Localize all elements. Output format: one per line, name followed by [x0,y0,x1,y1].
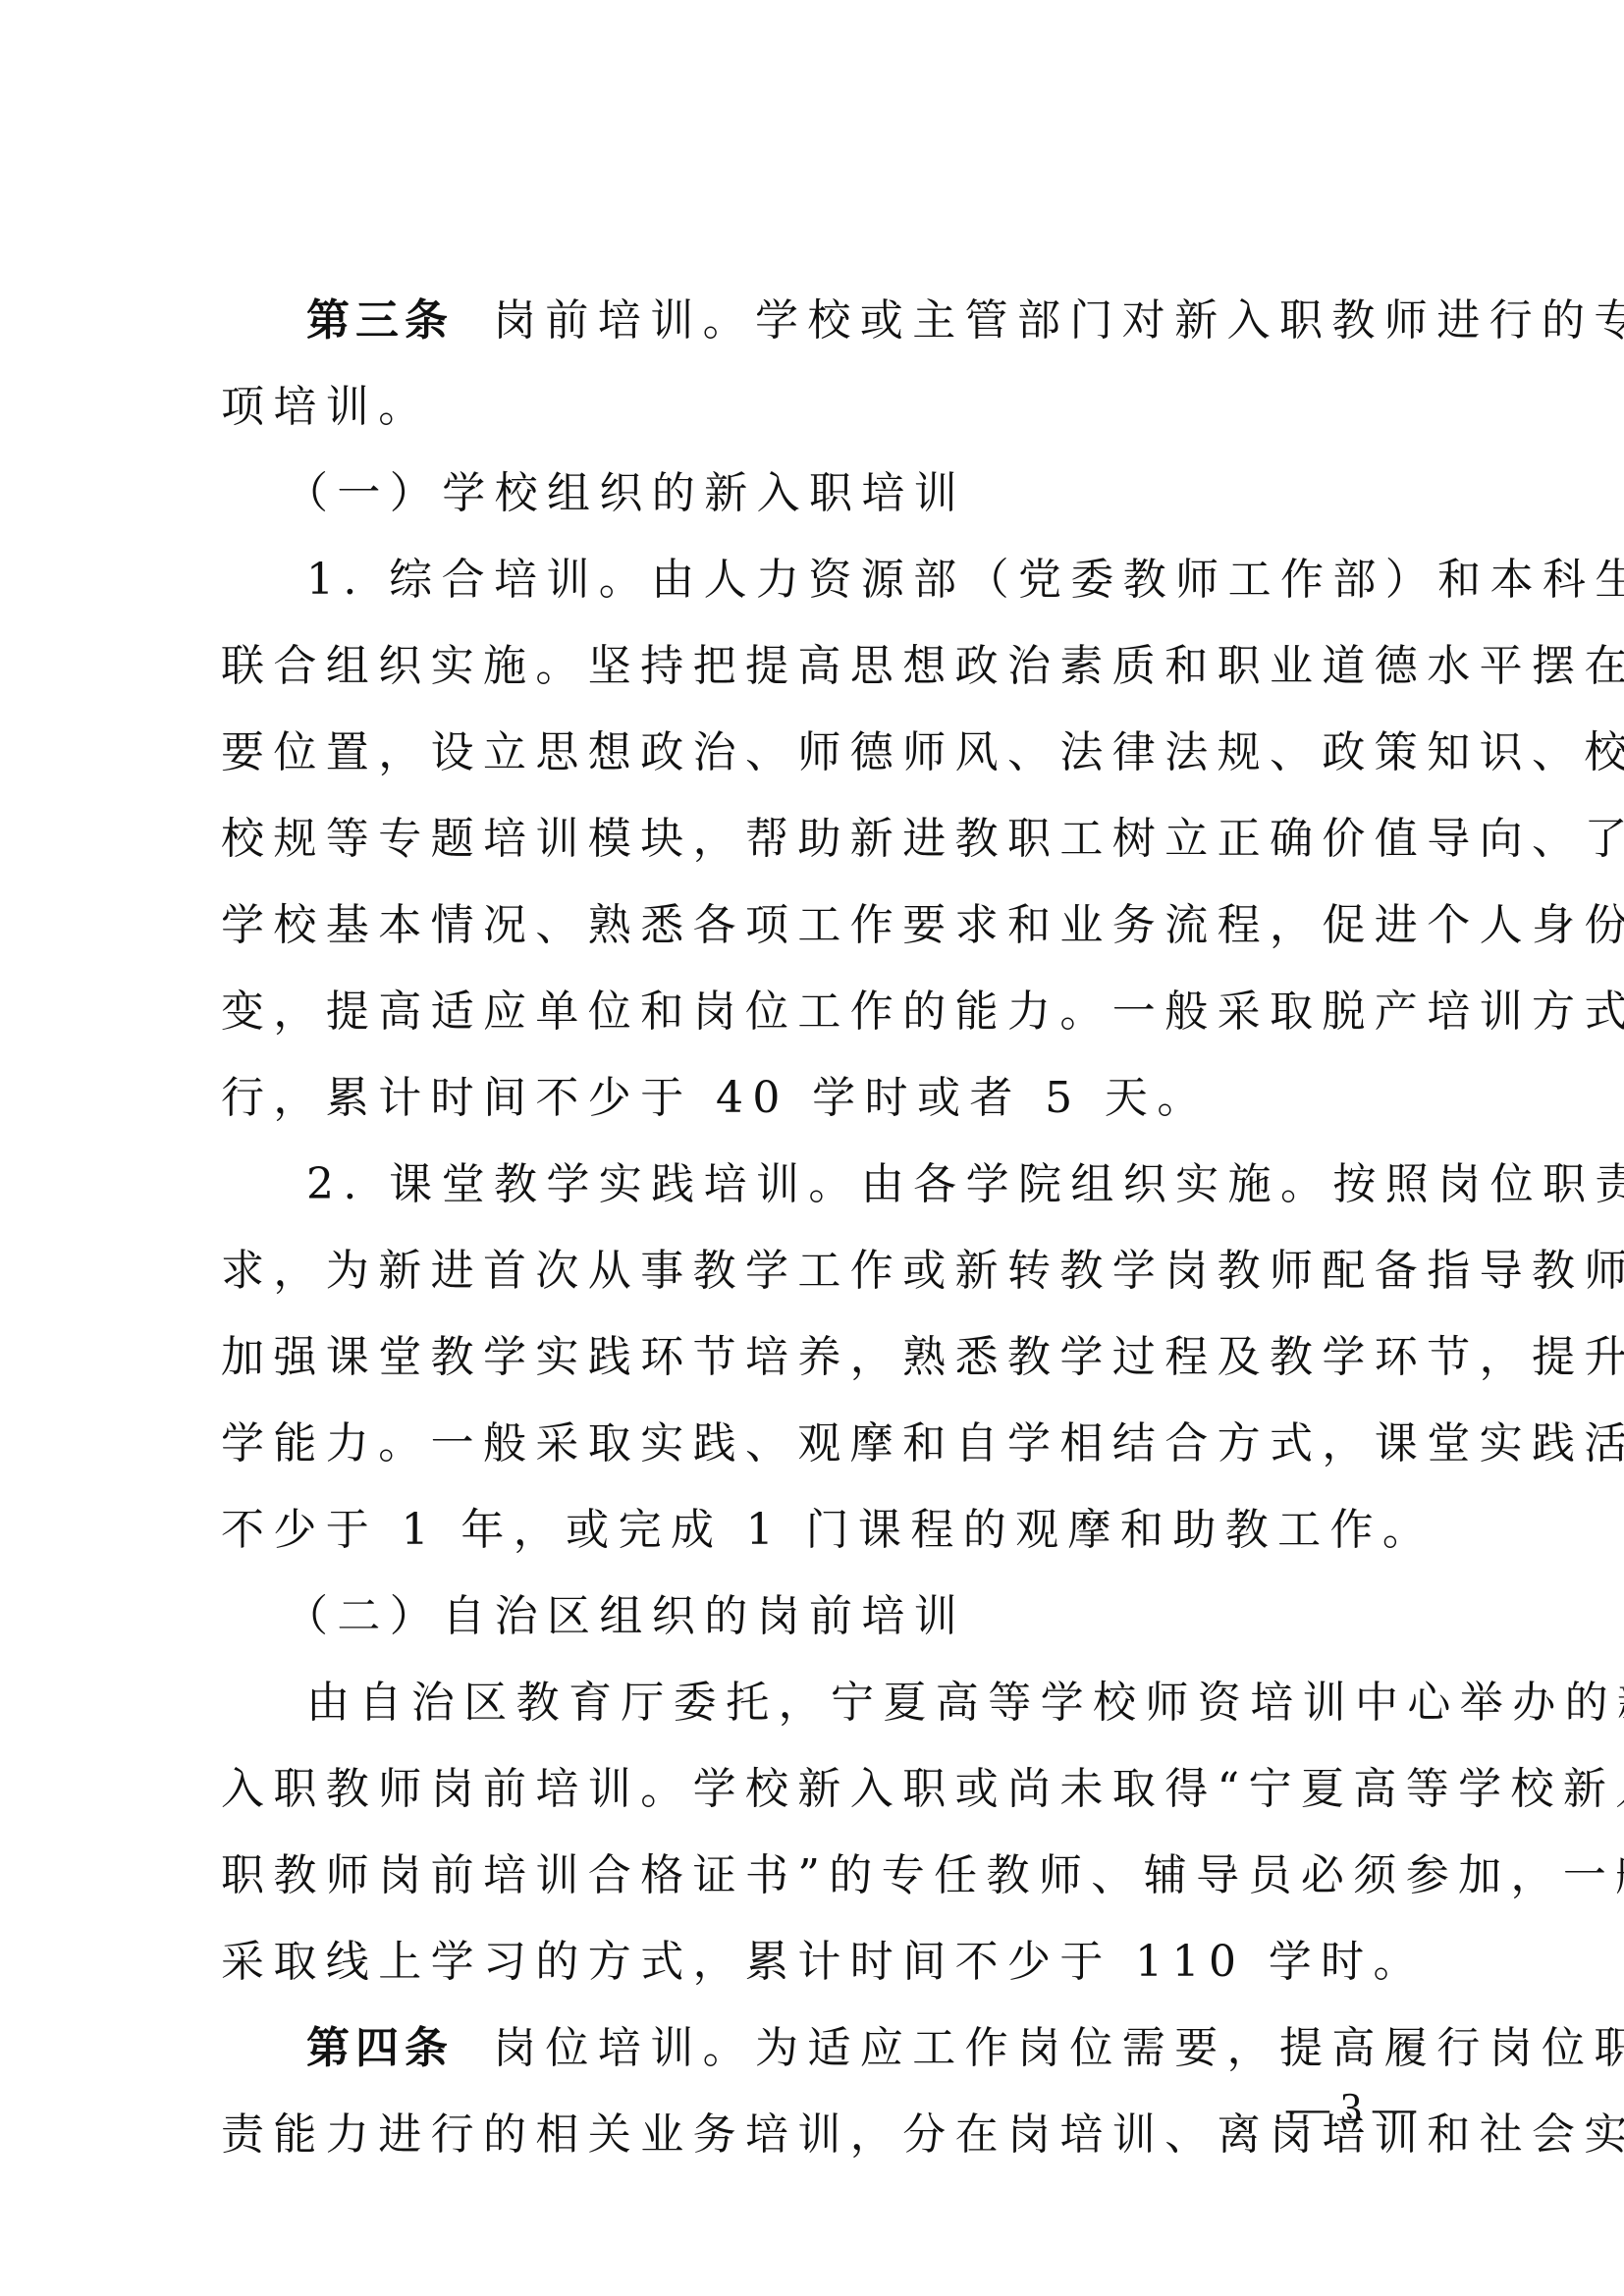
section-2-line: 由自治区教育厅委托，宁夏高等学校师资培训中心举办的新 [306,1674,1514,1733]
item-1-line: 1. 综合培训。由人力资源部（党委教师工作部）和本科生院 [306,551,1514,610]
item-1-line: 要位置，设立思想政治、师德师风、法律法规、政策知识、校史 [221,723,1429,782]
article-3-line: 项培训。 [221,378,1429,437]
section-1-heading: （一）学校组织的新入职培训 [285,464,1492,523]
article-4-text: 岗位培训。为适应工作岗位需要，提高履行岗位职 [493,2023,1624,2073]
section-2-line: 职教师岗前培训合格证书”的专任教师、辅导员必须参加，一般 [221,1846,1429,1905]
section-2-heading: （二）自治区组织的岗前培训 [285,1587,1492,1646]
item-2-line: 2. 课堂教学实践培训。由各学院组织实施。按照岗位职责要 [306,1155,1514,1214]
article-3-first-line: 第三条岗前培训。学校或主管部门对新入职教师进行的专 [306,292,1514,350]
article-3-heading: 第三条 [306,295,454,346]
item-1-line: 变，提高适应单位和岗位工作的能力。一般采取脱产培训方式进 [221,983,1429,1041]
article-4-line: 责能力进行的相关业务培训，分在岗培训、离岗培训和社会实践 [221,2106,1429,2164]
item-2-line: 求，为新进首次从事教学工作或新转教学岗教师配备指导教师， [221,1242,1429,1301]
article-3-text: 岗前培训。学校或主管部门对新入职教师进行的专 [493,295,1624,346]
section-2-line: 入职教师岗前培训。学校新入职或尚未取得“宁夏高等学校新入 [221,1760,1429,1819]
article-4-first-line: 第四条岗位培训。为适应工作岗位需要，提高履行岗位职 [306,2019,1514,2078]
item-2-line: 不少于 1 年，或完成 1 门课程的观摩和助教工作。 [221,1501,1429,1560]
page-number: — 3 — [1286,2079,1416,2138]
item-2-line: 加强课堂教学实践环节培养，熟悉教学过程及教学环节，提升教 [221,1328,1429,1387]
item-1-line: 学校基本情况、熟悉各项工作要求和业务流程，促进个人身份转 [221,896,1429,955]
item-1-line: 联合组织实施。坚持把提高思想政治素质和职业道德水平摆在首 [221,637,1429,696]
item-1-line: 行，累计时间不少于 40 学时或者 5 天。 [221,1069,1429,1128]
section-2-line: 采取线上学习的方式，累计时间不少于 110 学时。 [221,1933,1429,1992]
item-2-line: 学能力。一般采取实践、观摩和自学相结合方式，课堂实践活动 [221,1415,1429,1473]
item-1-line: 校规等专题培训模块，帮助新进教职工树立正确价值导向、了解 [221,810,1429,869]
article-4-heading: 第四条 [306,2023,454,2073]
